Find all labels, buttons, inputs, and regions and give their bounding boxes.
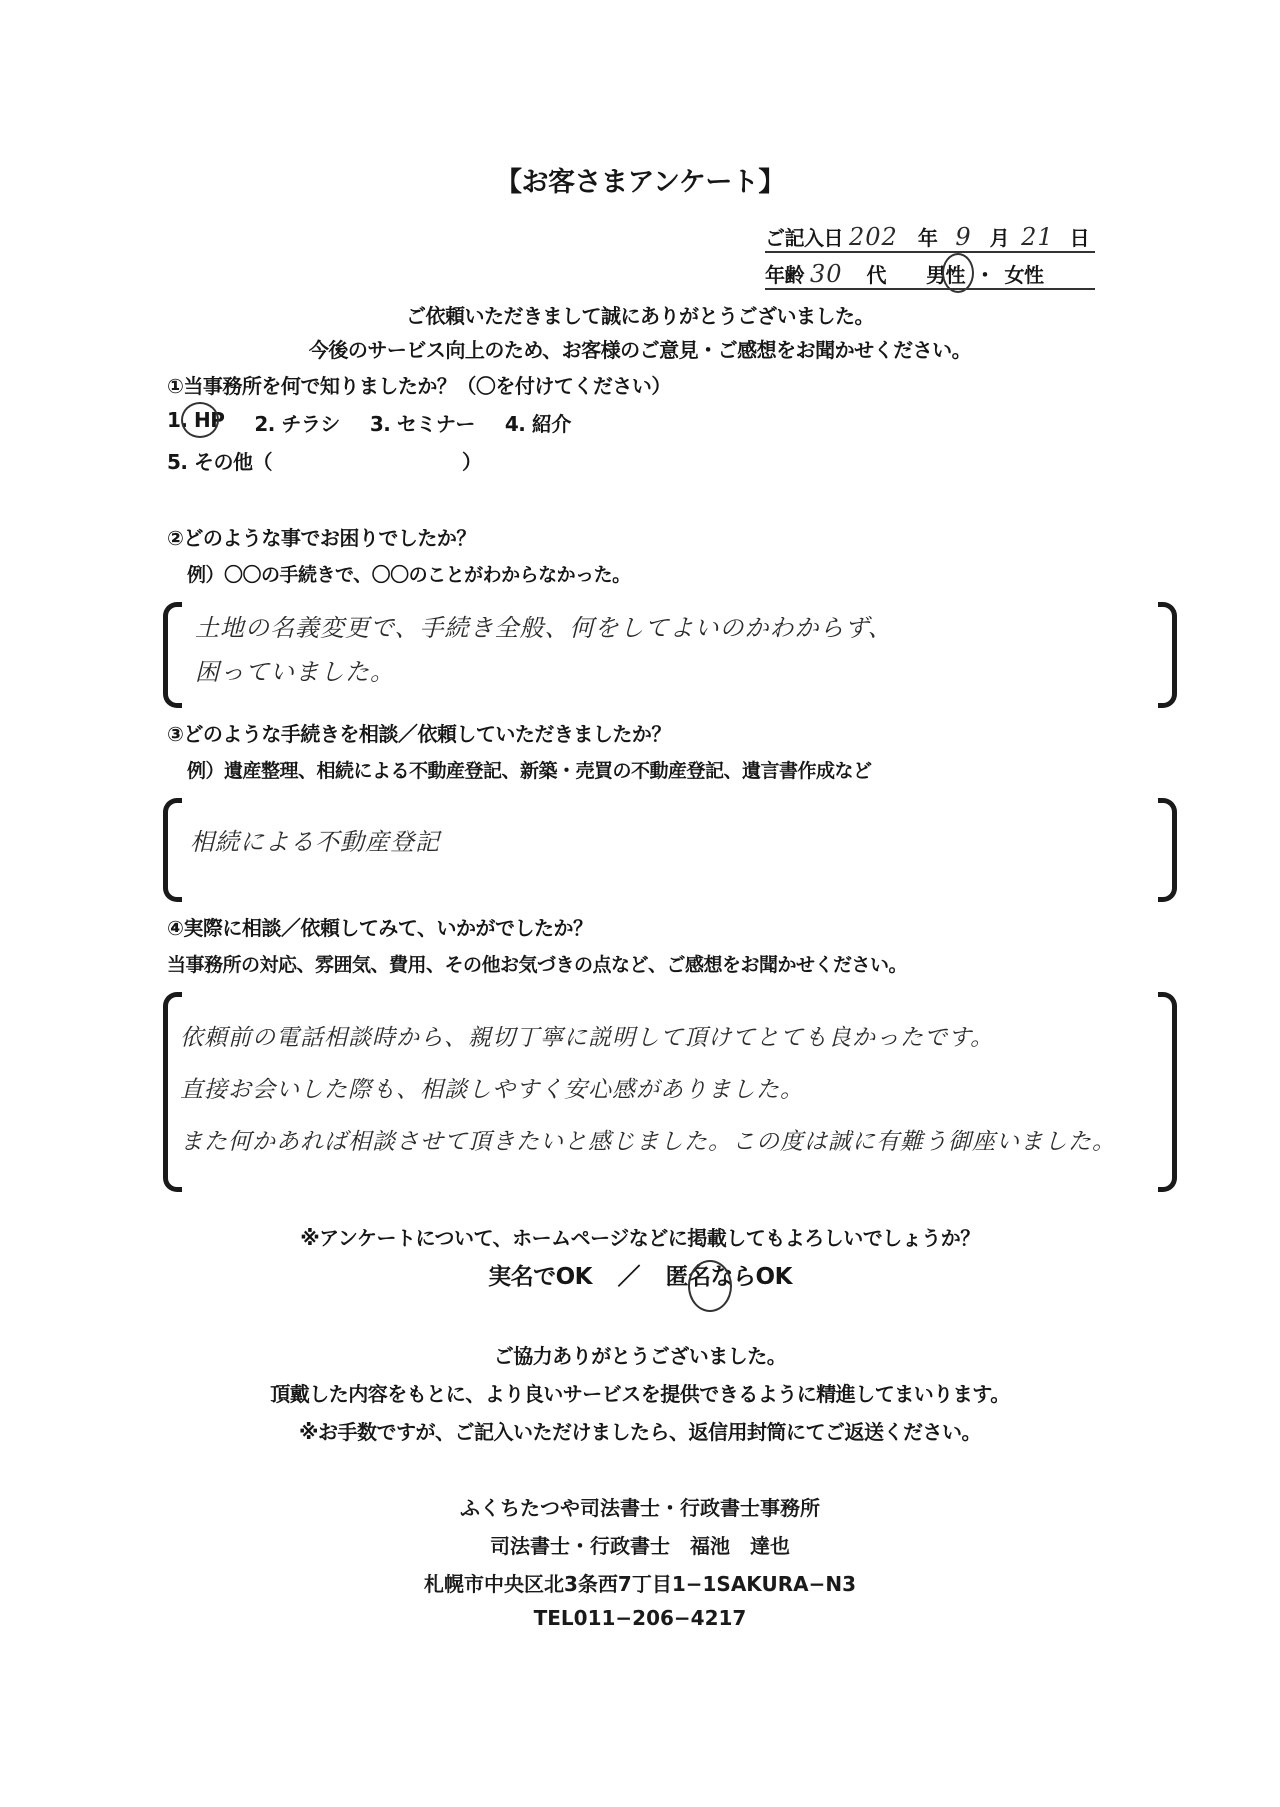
age-unit: 代 [867, 259, 887, 288]
gender-separator: ・ [975, 259, 995, 288]
right-bracket-icon [1158, 992, 1177, 1192]
gender-female-option[interactable]: 女性 [1005, 259, 1044, 288]
office-representative: 司法書士・行政書士 福池 達也 [0, 1530, 1280, 1559]
q3-answer-line: 相続による不動産登記 [190, 820, 440, 864]
office-tel: TEL011−206−4217 [0, 1606, 1280, 1630]
entry-month-unit: 月 [990, 222, 1010, 251]
q4-question: ④実際に相談／依頼してみて、いかがでしたか？ [167, 912, 593, 941]
intro-request: 今後のサービス向上のため、お客様のご意見・ご感想をお聞かせください。 [0, 334, 1280, 363]
publication-options: 実名でOK ／ 匿名ならOK [0, 1258, 1280, 1291]
right-bracket-icon [1158, 798, 1177, 902]
q1-option-seminar[interactable]: 3. セミナー [370, 408, 475, 437]
survey-title: 【お客さまアンケート】 [0, 160, 1280, 199]
q1-question: ①当事務所を何で知りましたか？（〇を付けてください） [167, 370, 671, 399]
q4-answer-line: 依頼前の電話相談時から、親切丁寧に説明して頂けてとても良かったです。 [180, 1012, 1116, 1064]
publication-slash: ／ [618, 1264, 641, 1290]
q1-option-flyer[interactable]: 2. チラシ [254, 408, 339, 437]
age-value: 30 [810, 260, 843, 288]
left-bracket-icon [163, 602, 182, 708]
q1-option-hp[interactable]: 1. HP [167, 408, 224, 437]
closing-return-note: ※お手数ですが、ご記入いただけましたら、返信用封筒にてご返送ください。 [0, 1416, 1280, 1445]
gender-male-option[interactable]: 男性 [926, 259, 965, 288]
q4-example: 当事務所の対応、雰囲気、費用、その他お気づきの点など、ご感想をお聞かせください。 [167, 950, 907, 977]
right-bracket-icon [1158, 602, 1177, 708]
publication-question: ※アンケートについて、ホームページなどに掲載してもよろしいでしょうか？ [0, 1222, 1280, 1251]
q2-example: 例）〇〇の手続きで、〇〇のことがわからなかった。 [187, 560, 631, 587]
entry-day-unit: 日 [1070, 222, 1090, 251]
entry-month-value: 9 [955, 223, 971, 251]
q1-option-other[interactable]: 5. その他（ ） [167, 446, 481, 475]
publication-anonymous-option[interactable]: 匿名ならOK [666, 1264, 792, 1290]
q4-answer-line: 直接お会いした際も、相談しやすく安心感がありました。 [180, 1064, 1116, 1116]
q4-answer[interactable]: 依頼前の電話相談時から、親切丁寧に説明して頂けてとても良かったです。 直接お会い… [180, 1012, 1116, 1168]
left-bracket-icon [163, 798, 182, 902]
publication-real-name-option[interactable]: 実名でOK [488, 1264, 592, 1290]
q3-example: 例）遺産整理、相続による不動産登記、新築・売買の不動産登記、遺言書作成など [187, 756, 872, 783]
entry-date-label: ご記入日 [765, 222, 843, 251]
entry-day-value: 21 [1021, 223, 1054, 251]
q1-options: 1. HP 2. チラシ 3. セミナー 4. 紹介 [167, 408, 571, 437]
q4-answer-line: また何かあれば相談させて頂きたいと感じました。この度は誠に有難う御座いました。 [180, 1116, 1116, 1168]
selection-circle-icon [942, 253, 974, 293]
office-name: ふくちたつや司法書士・行政書士事務所 [0, 1492, 1280, 1521]
q2-answer[interactable]: 土地の名義変更で、手続き全般、何をしてよいのかわからず、 困っていました。 [195, 606, 893, 694]
entry-date-field: ご記入日 202 年 9 月 21 日 [765, 217, 1095, 253]
age-gender-field: 年齢 30 代 男性 ・ 女性 [765, 254, 1095, 290]
closing-thanks: ご協力ありがとうございました。 [0, 1340, 1280, 1369]
q2-answer-line: 土地の名義変更で、手続き全般、何をしてよいのかわからず、 [195, 606, 893, 650]
entry-year-value: 202 [849, 223, 898, 251]
intro-thanks: ご依頼いただきまして誠にありがとうございました。 [0, 300, 1280, 329]
entry-year-unit: 年 [918, 222, 938, 251]
q3-answer[interactable]: 相続による不動産登記 [190, 820, 440, 864]
selection-circle-icon [688, 1260, 732, 1312]
q2-question: ②どのような事でお困りでしたか？ [167, 522, 476, 551]
q1-option-referral[interactable]: 4. 紹介 [505, 408, 571, 437]
q3-question: ③どのような手続きを相談／依頼していただきましたか？ [167, 718, 671, 747]
selection-circle-icon [181, 402, 219, 438]
closing-improvement: 頂戴した内容をもとに、より良いサービスを提供できるように精進してまいります。 [0, 1378, 1280, 1407]
age-label: 年齢 [765, 259, 804, 288]
q1-other-input[interactable] [272, 446, 462, 475]
q2-answer-line: 困っていました。 [195, 650, 893, 694]
office-address: 札幌市中央区北3条西7丁目1−1SAKURA−N3 [0, 1568, 1280, 1597]
